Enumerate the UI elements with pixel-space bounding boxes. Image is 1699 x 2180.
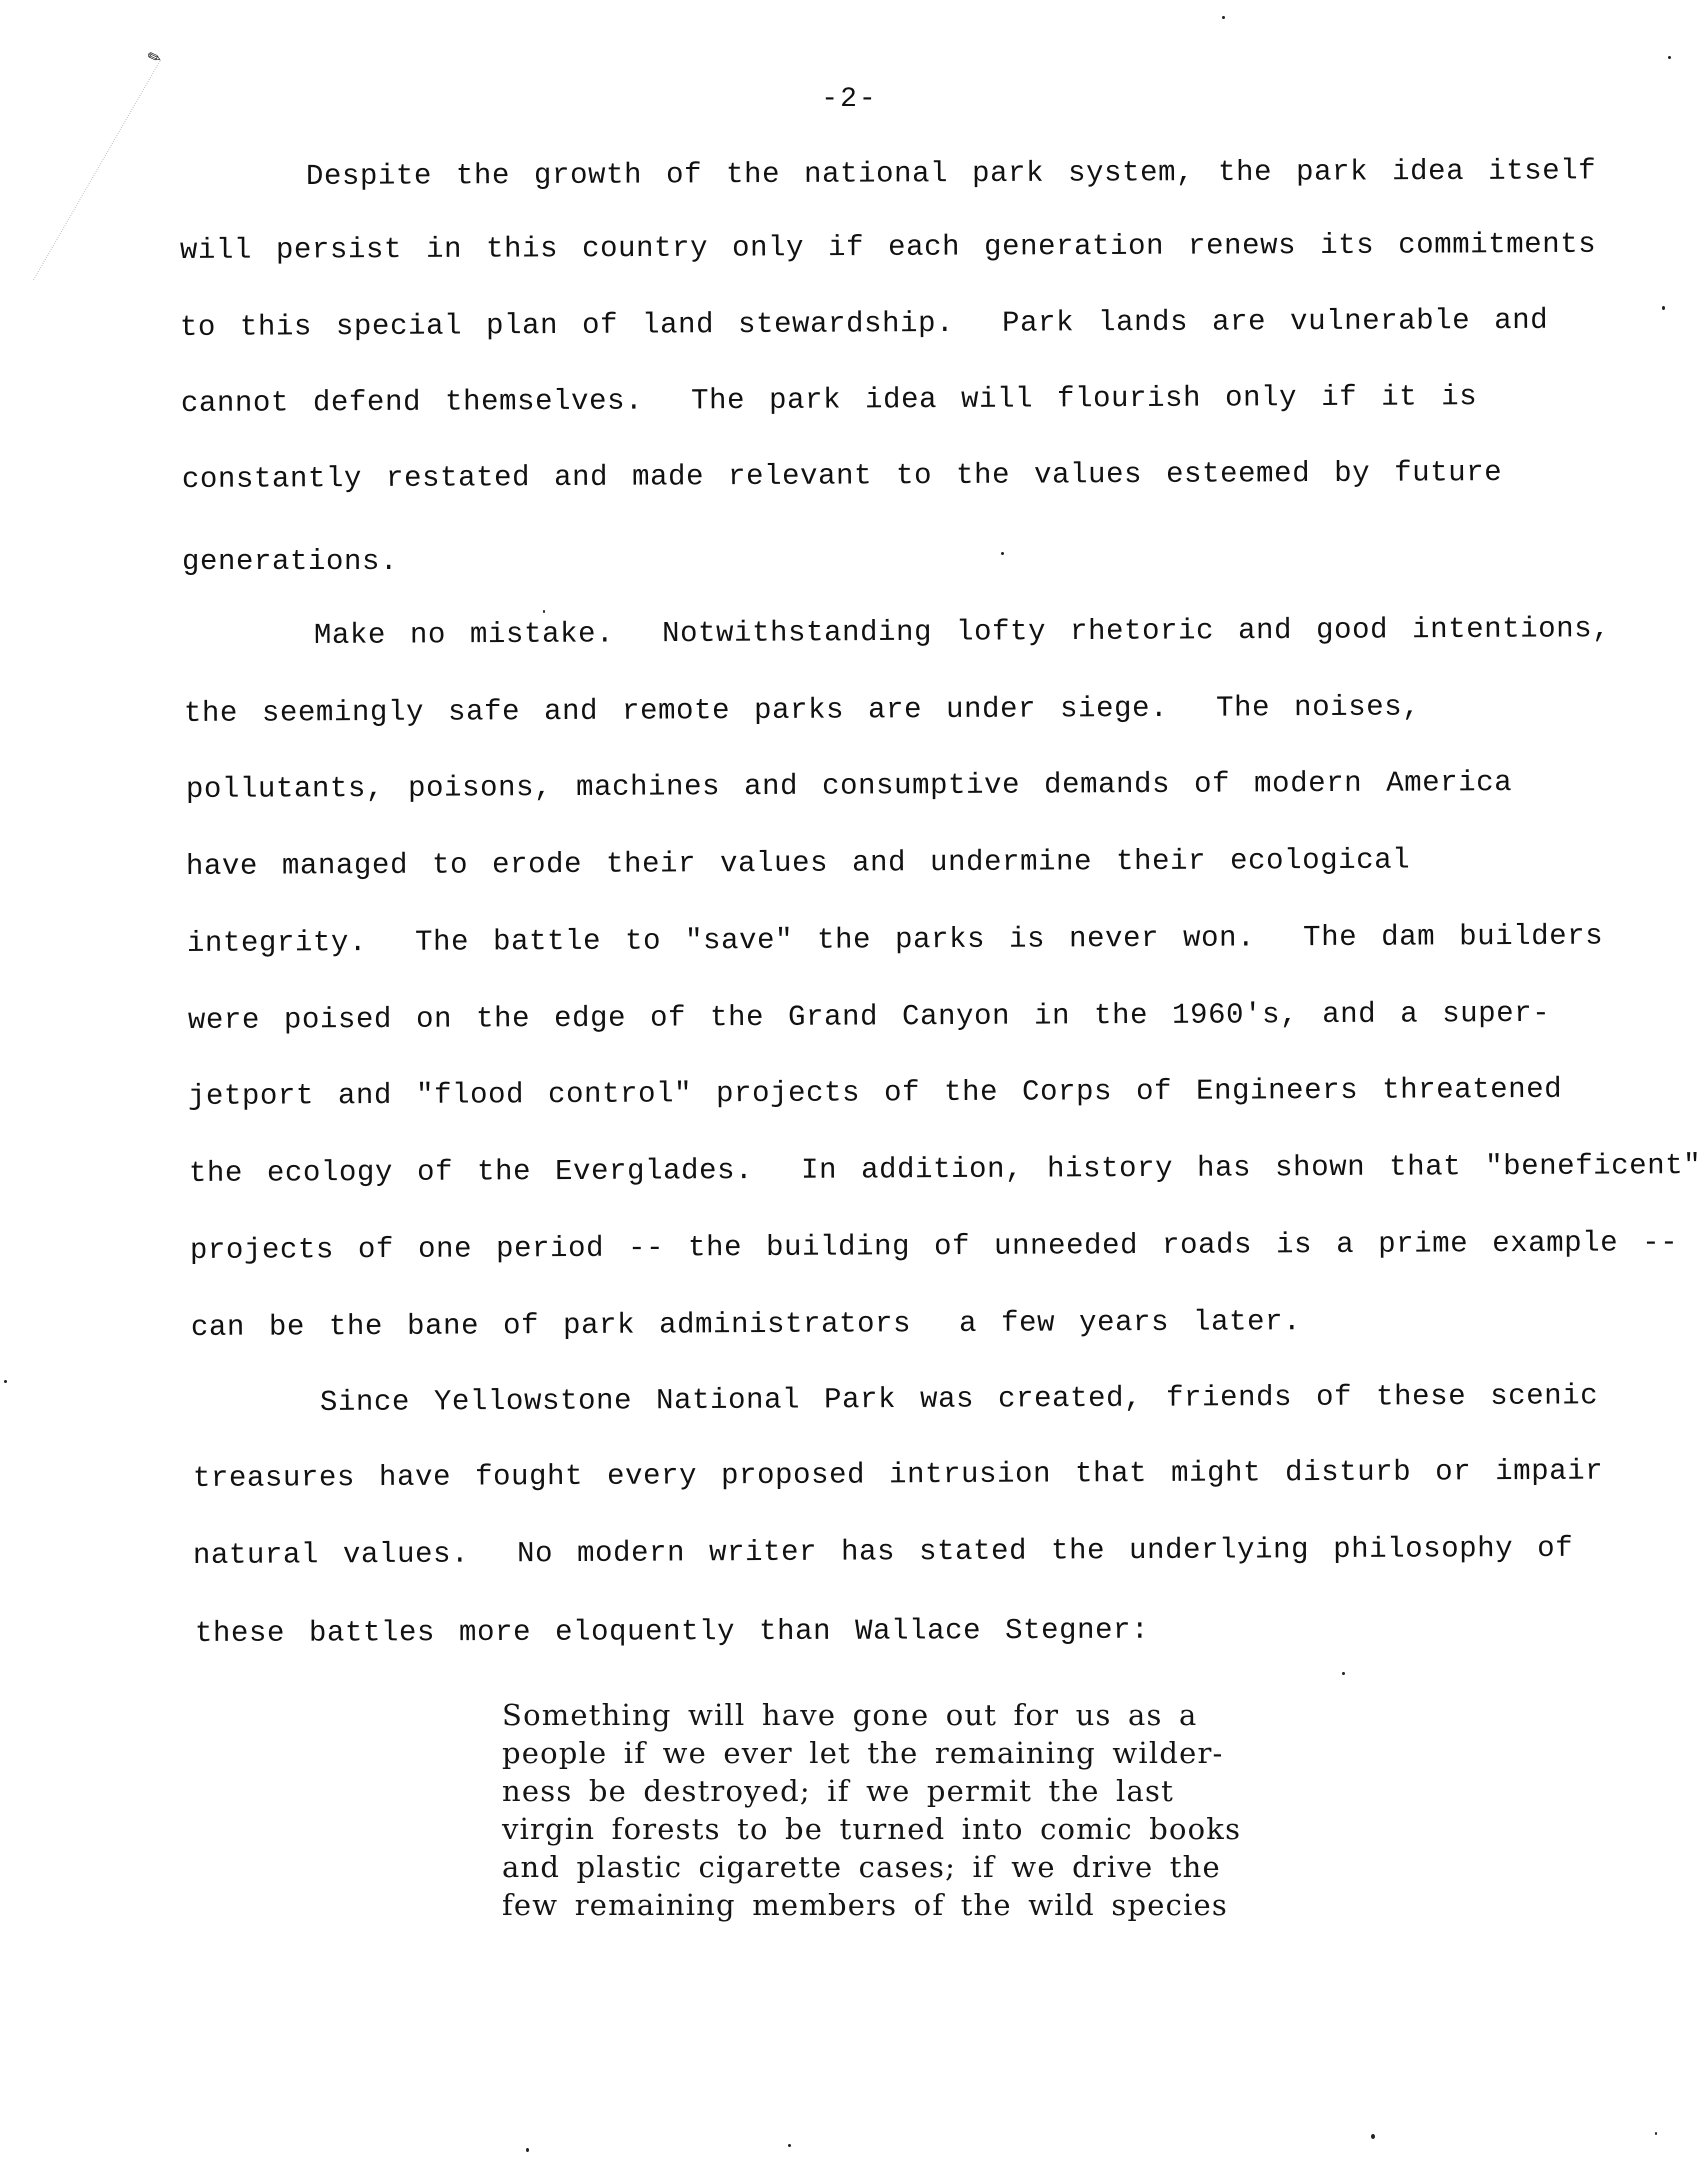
text-line: to this special plan of land stewardship… xyxy=(180,304,1548,345)
text-line: jetport and "flood control" projects of … xyxy=(188,1073,1562,1114)
scan-speck xyxy=(4,1380,7,1383)
page-number: -2- xyxy=(0,84,1699,115)
quote-line: Something will have gone out for us as a xyxy=(502,1698,1197,1732)
document-page: ✎ -2- Despite the growth of the national… xyxy=(0,0,1699,2180)
scan-speck xyxy=(1668,56,1671,59)
text-line: natural values. No modern writer has sta… xyxy=(193,1532,1573,1573)
text-line: Make no mistake. Notwithstanding lofty r… xyxy=(314,612,1610,653)
scan-speck xyxy=(543,610,545,613)
text-line: generations. xyxy=(182,545,398,579)
text-line: can be the bane of park administrators a… xyxy=(191,1305,1301,1345)
text-line: integrity. The battle to "save" the park… xyxy=(187,920,1603,961)
quote-line: and plastic cigarette cases; if we drive… xyxy=(502,1850,1221,1884)
text-line: will persist in this country only if eac… xyxy=(180,228,1596,268)
scan-speck xyxy=(1655,2132,1657,2135)
text-line: these battles more eloquently than Walla… xyxy=(195,1614,1149,1651)
text-line: were poised on the edge of the Grand Can… xyxy=(188,997,1550,1038)
quote-line: virgin forests to be turned into comic b… xyxy=(502,1812,1241,1846)
text-line: treasures have fought every proposed int… xyxy=(193,1455,1603,1496)
text-line: constantly restated and made relevant to… xyxy=(182,456,1502,497)
scan-speck xyxy=(1371,2134,1375,2139)
text-line: the ecology of the Everglades. In additi… xyxy=(189,1149,1699,1191)
text-line: have managed to erode their values and u… xyxy=(186,844,1410,884)
quote-line: people if we ever let the remaining wild… xyxy=(502,1736,1224,1770)
text-line: cannot defend themselves. The park idea … xyxy=(181,380,1477,421)
text-line: pollutants, poisons, machines and consum… xyxy=(186,766,1512,807)
scan-speck xyxy=(526,2148,529,2152)
quote-line: ness be destroyed; if we permit the last xyxy=(502,1774,1174,1808)
scan-speck xyxy=(1342,1672,1345,1675)
quote-line: few remaining members of the wild specie… xyxy=(502,1888,1228,1922)
scan-speck xyxy=(1662,306,1665,310)
text-line: projects of one period -- the building o… xyxy=(190,1226,1678,1268)
scan-speck xyxy=(1222,16,1225,19)
scan-speck xyxy=(1001,552,1004,555)
text-line: the seemingly safe and remote parks are … xyxy=(184,691,1420,731)
text-line: Despite the growth of the national park … xyxy=(306,154,1596,194)
text-line: Since Yellowstone National Park was crea… xyxy=(320,1379,1598,1420)
scan-speck xyxy=(788,2144,791,2147)
